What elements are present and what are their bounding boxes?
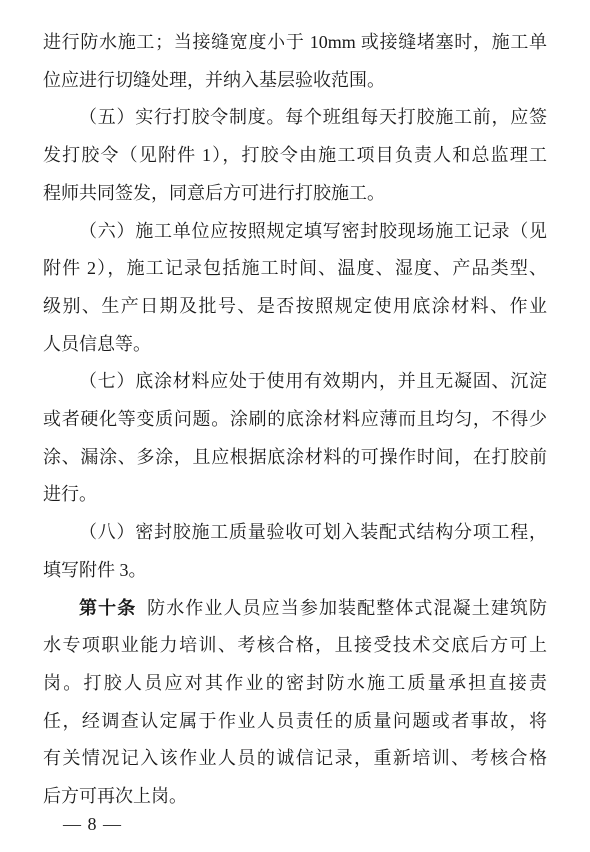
text-line: 位应进行切缝处理，并纳入基层验收范围。 xyxy=(43,62,547,100)
text-line: （七）底涂材料应处于使用有效期内，并且无凝固、沉淀 xyxy=(43,363,547,401)
text-line: 级别、生产日期及批号、是否按照规定使用底涂材料、作业 xyxy=(43,288,547,326)
document-page: 进行防水施工；当接缝宽度小于 10mm 或接缝堵塞时，施工单 位应进行切缝处理，… xyxy=(0,0,590,852)
text-line: （六）施工单位应按照规定填写密封胶现场施工记录（见 xyxy=(43,213,547,251)
text-line: 附件 2），施工记录包括施工时间、温度、湿度、产品类型、 xyxy=(43,250,547,288)
page-number: — 8 — xyxy=(63,812,122,836)
text-line: 填写附件 3。 xyxy=(43,552,547,590)
text-line: 进行。 xyxy=(43,476,547,514)
paragraph-item-7: （七）底涂材料应处于使用有效期内，并且无凝固、沉淀 或者硬化等变质问题。涂刷的底… xyxy=(43,363,547,514)
text-line: 发打胶令（见附件 1），打胶令由施工项目负责人和总监理工 xyxy=(43,137,547,175)
text-segment: 防水作业人员应当参加装配整体式混凝土建筑防 xyxy=(147,598,547,618)
text-line: （五）实行打胶令制度。每个班组每天打胶施工前，应签 xyxy=(43,99,547,137)
paragraph-continuation: 进行防水施工；当接缝宽度小于 10mm 或接缝堵塞时，施工单 位应进行切缝处理，… xyxy=(43,24,547,99)
text-line: 岗。打胶人员应对其作业的密封防水施工质量承担直接责 xyxy=(43,665,547,703)
document-text: 进行防水施工；当接缝宽度小于 10mm 或接缝堵塞时，施工单 位应进行切缝处理，… xyxy=(43,24,547,816)
text-line: 或者硬化等变质问题。涂刷的底涂材料应薄而且均匀，不得少 xyxy=(43,401,547,439)
paragraph-item-5: （五）实行打胶令制度。每个班组每天打胶施工前，应签 发打胶令（见附件 1），打胶… xyxy=(43,99,547,212)
text-line: 涂、漏涂、多涂，且应根据底涂材料的可操作时间，在打胶前 xyxy=(43,439,547,477)
text-line: 进行防水施工；当接缝宽度小于 10mm 或接缝堵塞时，施工单 xyxy=(43,24,547,62)
text-line: 后方可再次上岗。 xyxy=(43,778,547,816)
text-line: 水专项职业能力培训、考核合格，且接受技术交底后方可上 xyxy=(43,627,547,665)
paragraph-article-10: 第十条防水作业人员应当参加装配整体式混凝土建筑防 水专项职业能力培训、考核合格，… xyxy=(43,590,547,816)
paragraph-item-8: （八）密封胶施工质量验收可划入装配式结构分项工程， 填写附件 3。 xyxy=(43,514,547,589)
text-line: 有关情况记入该作业人员的诚信记录，重新培训、考核合格 xyxy=(43,740,547,778)
text-line: 人员信息等。 xyxy=(43,326,547,364)
article-number: 第十条 xyxy=(79,598,136,618)
text-line: （八）密封胶施工质量验收可划入装配式结构分项工程， xyxy=(43,514,547,552)
paragraph-item-6: （六）施工单位应按照规定填写密封胶现场施工记录（见 附件 2），施工记录包括施工… xyxy=(43,213,547,364)
text-line: 任，经调查认定属于作业人员责任的质量问题或者事故，将 xyxy=(43,703,547,741)
text-line: 程师共同签发，同意后方可进行打胶施工。 xyxy=(43,175,547,213)
text-line: 第十条防水作业人员应当参加装配整体式混凝土建筑防 xyxy=(43,590,547,628)
